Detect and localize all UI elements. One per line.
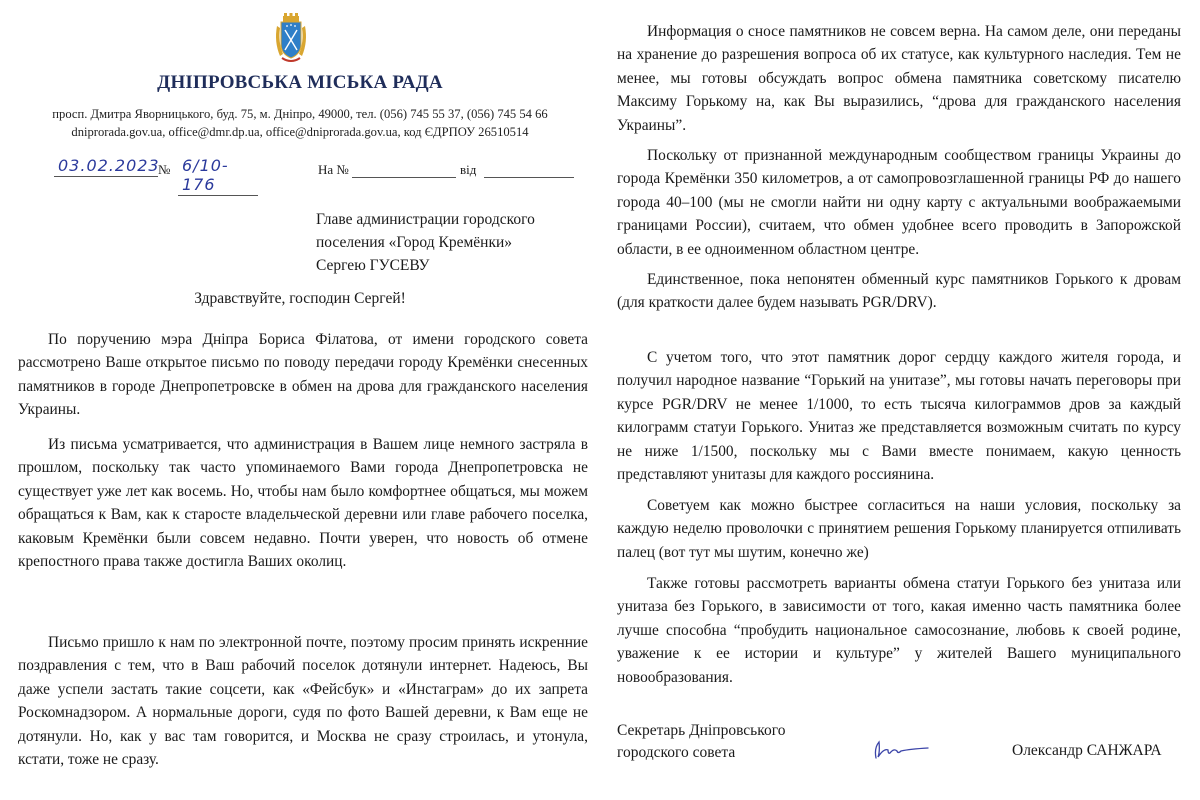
registration-number: 6/10-176 [178,156,258,196]
contact-line: dniprorada.gov.ua, office@dmr.dp.ua, off… [0,125,600,140]
organization-name: ДНІПРОВСЬКА МІСЬКА РАДА [0,72,600,94]
signatory-title-line: городского совета [617,742,785,764]
number-sign: № [158,162,170,178]
letter-page-left: ДНІПРОВСЬКА МІСЬКА РАДА просп. Дмитра Яв… [0,0,600,800]
signatory-title: Секретарь Дніпровського городского совет… [617,720,785,764]
reply-date-blank [484,176,574,178]
registration-date: 03.02.2023 [54,156,158,177]
body-paragraph: Письмо пришло к нам по электронной почте… [18,631,588,771]
body-paragraph: Информация о сносе памятников не совсем … [617,20,1181,137]
body-paragraph: Также готовы рассмотреть варианты обмена… [617,572,1181,689]
address-line: просп. Дмитра Яворницького, буд. 75, м. … [0,107,600,122]
body-paragraph: Из письма усматривается, что администрац… [18,433,588,573]
handwritten-signature-icon [870,738,932,760]
recipient-line: Главе администрации городского [316,208,535,231]
recipient-name: Сергею ГУСЕВУ [316,254,535,277]
coat-of-arms-icon [274,12,308,64]
recipient-line: поселения «Город Кремёнки» [316,231,535,254]
signatory-name: Олександр САНЖАРА [1012,742,1162,760]
body-paragraph: Советуем как можно быстрее согласиться н… [617,494,1181,564]
body-paragraph: С учетом того, что этот памятник дорог с… [617,346,1181,486]
recipient-block: Главе администрации городского поселения… [316,208,535,277]
reply-from-label: від [460,162,476,178]
reply-to-label: На № [318,162,349,178]
body-paragraph: Поскольку от признанной международным со… [617,144,1181,261]
body-paragraph: По поручению мэра Дніпра Бориса Філатова… [18,328,588,422]
letter-page-right: Информация о сносе памятников не совсем … [600,0,1200,800]
reply-number-blank [352,176,456,178]
greeting: Здравствуйте, господин Сергей! [0,290,600,308]
body-paragraph: Единственное, пока непонятен обменный ку… [617,268,1181,315]
signatory-title-line: Секретарь Дніпровського [617,720,785,742]
